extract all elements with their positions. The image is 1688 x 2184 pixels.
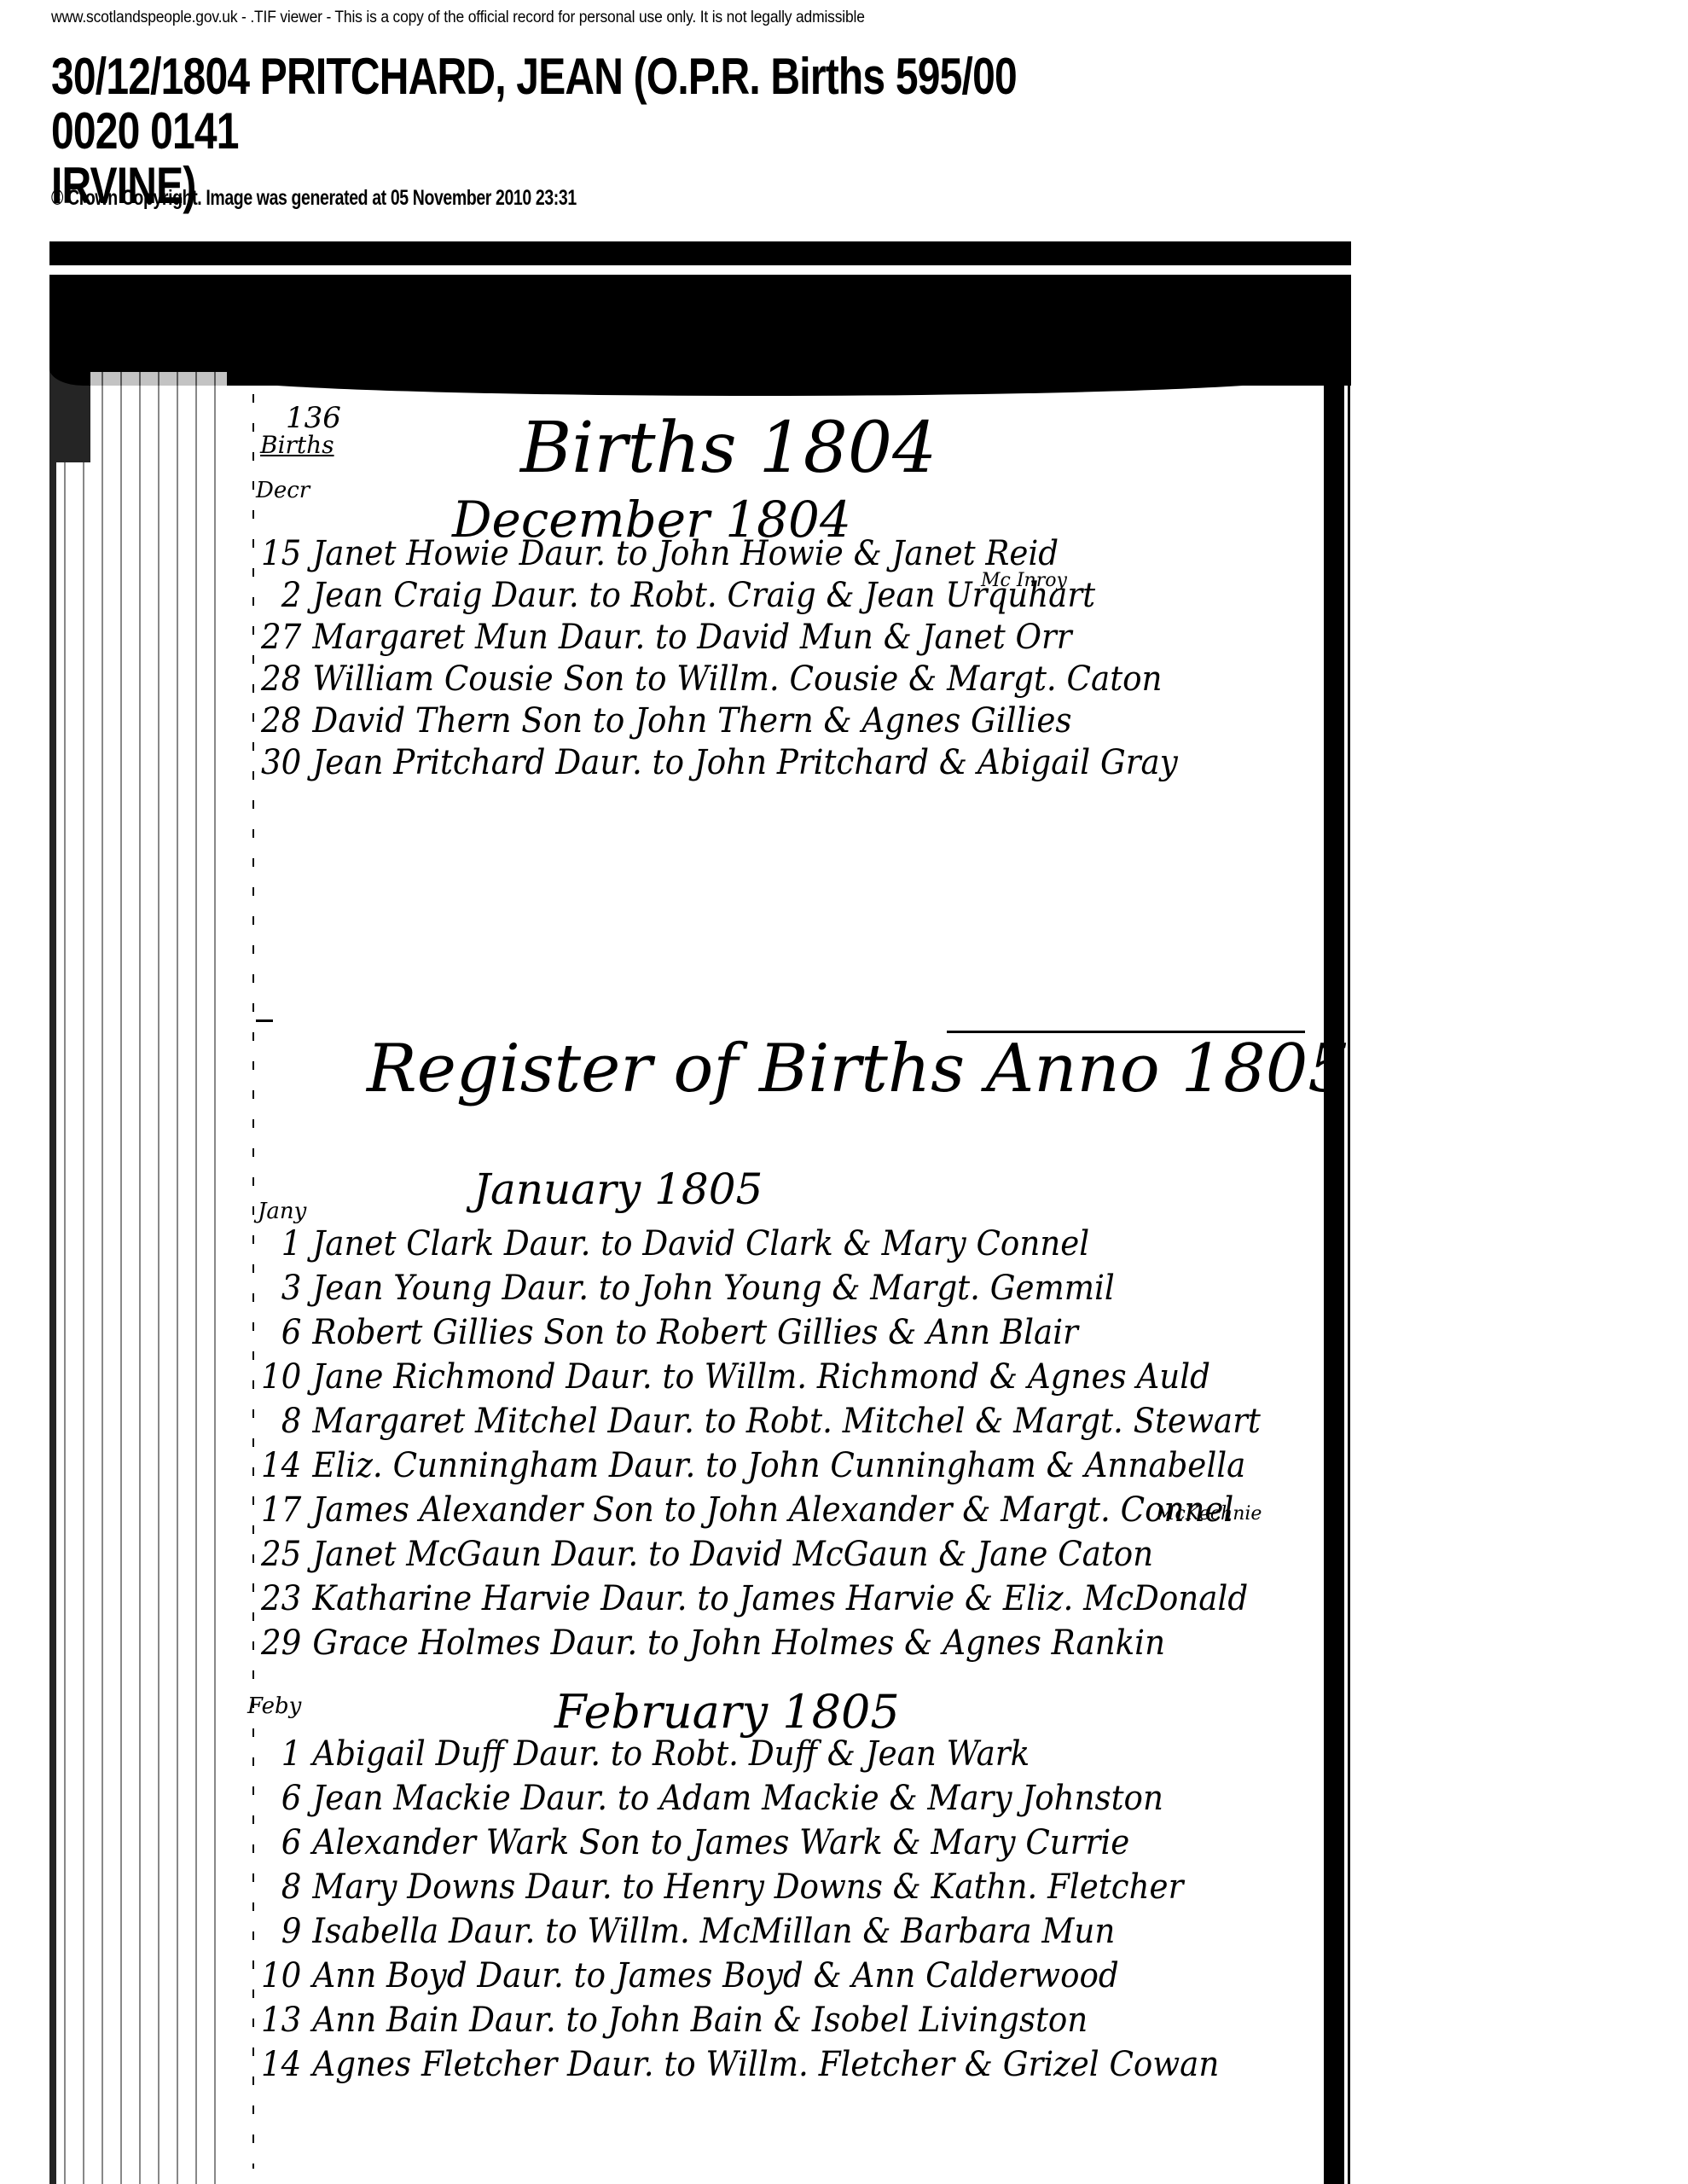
register-entry: 27Margaret Mun Daur. to David Mun & Jane… (260, 617, 1244, 659)
register-entry: 28William Cousie Son to Willm. Cousie & … (260, 659, 1244, 700)
entry-day: 17 (260, 1488, 301, 1532)
entry-text: Eliz. Cunningham Daur. to John Cunningha… (312, 1446, 1245, 1485)
margin-label-february: Feby (247, 1693, 301, 1719)
entry-day: 28 (260, 700, 301, 742)
january-entries: 1Janet Clark Daur. to David Clark & Mary… (260, 1222, 1318, 1665)
margin-label-births: Births (260, 431, 334, 459)
register-entry: 25Janet McGaun Daur. to David McGaun & J… (260, 1532, 1244, 1577)
entry-text: Jean Pritchard Daur. to John Pritchard &… (312, 743, 1177, 782)
register-entry: 6Jean Mackie Daur. to Adam Mackie & Mary… (260, 1776, 1244, 1821)
margin-label-january: Jany (258, 1199, 306, 1224)
entry-text: Ann Bain Daur. to John Bain & Isobel Liv… (312, 2001, 1088, 2040)
register-entry: 1Janet Clark Daur. to David Clark & Mary… (260, 1222, 1244, 1266)
entry-text: Jean Young Daur. to John Young & Margt. … (312, 1269, 1114, 1308)
register-entry: 29Grace Holmes Daur. to John Holmes & Ag… (260, 1621, 1244, 1665)
entry-text: Mary Downs Daur. to Henry Downs & Kathn.… (312, 1867, 1183, 1907)
entry-text: Margaret Mitchel Daur. to Robt. Mitchel … (312, 1402, 1260, 1441)
entry-day: 6 (260, 1821, 301, 1865)
entry-text: Janet Clark Daur. to David Clark & Mary … (312, 1224, 1089, 1263)
register-entry: 13Ann Bain Daur. to John Bain & Isobel L… (260, 1998, 1244, 2042)
entry-text: James Alexander Son to John Alexander & … (312, 1490, 1233, 1530)
register-entry: 14Eliz. Cunningham Daur. to John Cunning… (260, 1443, 1244, 1488)
entry-day: 6 (260, 1776, 301, 1821)
register-entry: 14Agnes Fletcher Daur. to Willm. Fletche… (260, 2042, 1244, 2087)
entry-day: 6 (260, 1310, 301, 1355)
divider-mark-left (256, 1019, 273, 1022)
register-entry: 30Jean Pritchard Daur. to John Pritchard… (260, 742, 1244, 784)
margin-rule (252, 394, 254, 2169)
scan-right-border (1324, 364, 1344, 2184)
entry-text: Abigail Duff Daur. to Robt. Duff & Jean … (312, 1734, 1030, 1774)
entry-day: 27 (260, 617, 301, 659)
entry-day: 8 (260, 1399, 301, 1443)
entry-day: 14 (260, 2042, 301, 2087)
register-entry: 6Robert Gillies Son to Robert Gillies & … (260, 1310, 1244, 1355)
entry-text: Jane Richmond Daur. to Willm. Richmond &… (312, 1357, 1210, 1397)
month-heading-february: February 1805 (554, 1685, 900, 1739)
record-title-line-1: 30/12/1804 PRITCHARD, JEAN (O.P.R. Birth… (51, 49, 1075, 159)
register-entry: 10Ann Boyd Daur. to James Boyd & Ann Cal… (260, 1954, 1244, 1998)
entry-text: Margaret Mun Daur. to David Mun & Janet … (312, 618, 1071, 657)
entry-day: 10 (260, 1954, 301, 1998)
folio-number: 136 (286, 401, 341, 435)
entry-text: Grace Holmes Daur. to John Holmes & Agne… (312, 1623, 1165, 1663)
register-entry: 23Katharine Harvie Daur. to James Harvie… (260, 1577, 1244, 1621)
register-entry: 10Jane Richmond Daur. to Willm. Richmond… (260, 1355, 1244, 1399)
entry-text: Robert Gillies Son to Robert Gillies & A… (312, 1313, 1078, 1352)
entry-day: 3 (260, 1266, 301, 1310)
scan-top-bar (49, 241, 1351, 265)
interlinear-note-december: Mc Inroy (981, 570, 1067, 591)
entry-text: Alexander Wark Son to James Wark & Mary … (312, 1823, 1129, 1862)
entry-day: 8 (260, 1865, 301, 1909)
entry-text: Agnes Fletcher Daur. to Willm. Fletcher … (312, 2045, 1219, 2084)
register-entry: 3Jean Young Daur. to John Young & Margt.… (260, 1266, 1244, 1310)
february-entries: 1Abigail Duff Daur. to Robt. Duff & Jean… (260, 1732, 1318, 2087)
register-entry: 15Janet Howie Daur. to John Howie & Jane… (260, 533, 1244, 575)
entry-day: 9 (260, 1909, 301, 1954)
copyright-notice: © Crown Copyright. Image was generated a… (51, 186, 577, 211)
register-entry: 2Jean Craig Daur. to Robt. Craig & Jean … (260, 575, 1244, 617)
month-heading-january: January 1805 (473, 1165, 763, 1214)
register-entry: 8Mary Downs Daur. to Henry Downs & Kathn… (260, 1865, 1244, 1909)
scan-dark-edge (49, 275, 1351, 386)
entry-day: 1 (260, 1732, 301, 1776)
register-entry: 6Alexander Wark Son to James Wark & Mary… (260, 1821, 1244, 1865)
register-entry: 1Abigail Duff Daur. to Robt. Duff & Jean… (260, 1732, 1244, 1776)
entry-day: 1 (260, 1222, 301, 1266)
register-entry: 17James Alexander Son to John Alexander … (260, 1488, 1244, 1532)
entry-text: Ann Boyd Daur. to James Boyd & Ann Calde… (312, 1956, 1118, 1995)
entry-day: 28 (260, 659, 301, 700)
register-entry: 9Isabella Daur. to Willm. McMillan & Bar… (260, 1909, 1244, 1954)
entry-text: Janet McGaun Daur. to David McGaun & Jan… (312, 1535, 1153, 1574)
entry-day: 10 (260, 1355, 301, 1399)
entry-day: 15 (260, 533, 301, 575)
entry-day: 23 (260, 1577, 301, 1621)
register-entry: 8Margaret Mitchel Daur. to Robt. Mitchel… (260, 1399, 1244, 1443)
entry-text: Janet Howie Daur. to John Howie & Janet … (312, 534, 1059, 573)
viewer-disclaimer: www.scotlandspeople.gov.uk - .TIF viewer… (51, 9, 865, 27)
heading-births-1804: Births 1804 (520, 408, 937, 489)
scan-left-margin-noise (49, 360, 227, 2184)
interlinear-note-january: McKechnie (1156, 1503, 1262, 1525)
entry-text: Isabella Daur. to Willm. McMillan & Barb… (312, 1912, 1115, 1951)
entry-text: William Cousie Son to Willm. Cousie & Ma… (312, 659, 1162, 699)
entry-day: 30 (260, 742, 301, 784)
entry-day: 13 (260, 1998, 301, 2042)
entry-text: Jean Mackie Daur. to Adam Mackie & Mary … (312, 1779, 1163, 1818)
entry-day: 2 (260, 575, 301, 617)
entry-text: Katharine Harvie Daur. to James Harvie &… (312, 1579, 1248, 1618)
entry-day: 29 (260, 1621, 301, 1665)
entry-day: 25 (260, 1532, 301, 1577)
december-entries: 15Janet Howie Daur. to John Howie & Jane… (260, 533, 1318, 784)
entry-text: Jean Craig Daur. to Robt. Craig & Jean U… (312, 576, 1095, 615)
heading-register-births-1805: Register of Births Anno 1805 (367, 1031, 1350, 1107)
register-entry: 28David Thern Son to John Thern & Agnes … (260, 700, 1244, 742)
margin-label-december: Decr (256, 478, 310, 503)
entry-day: 14 (260, 1443, 301, 1488)
entry-text: David Thern Son to John Thern & Agnes Gi… (312, 701, 1071, 741)
